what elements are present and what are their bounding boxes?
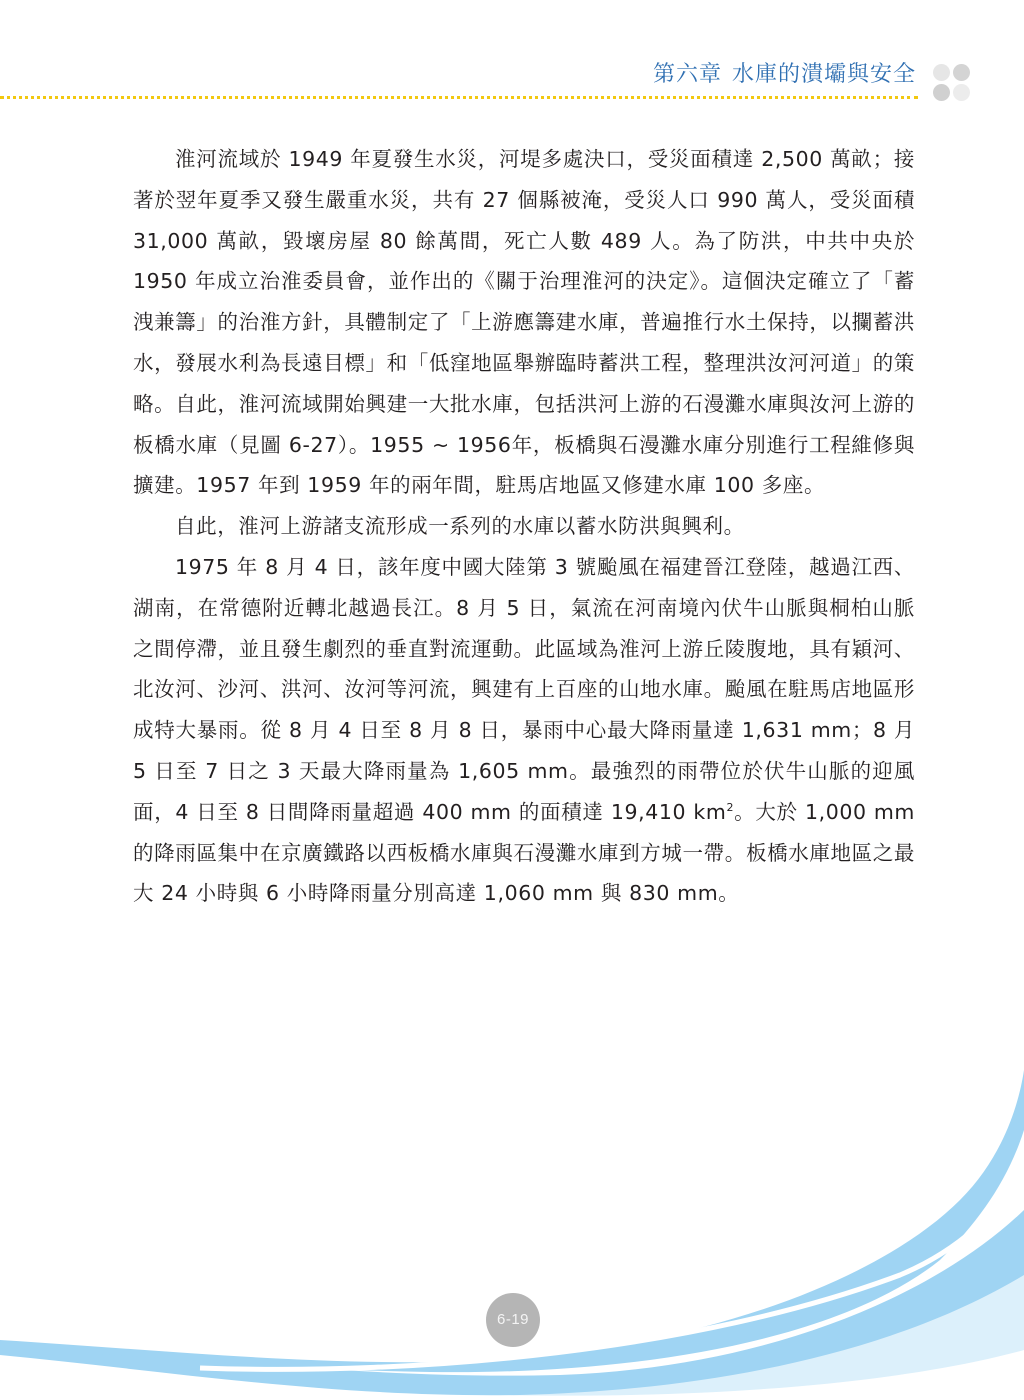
chapter-label: 第六章 <box>653 62 722 87</box>
superscript-2: 2 <box>726 801 734 814</box>
paragraph-3: 1975 年 8 月 4 日，該年度中國大陸第 3 號颱風在福建晉江登陸，越過江… <box>133 547 915 914</box>
chapter-title: 水庫的潰壩與安全 <box>732 62 916 87</box>
page-number-badge: 6-19 <box>486 1293 540 1347</box>
decorative-wave-graphic <box>0 1050 1024 1400</box>
four-dots-icon <box>933 64 973 104</box>
paragraph-2: 自此，淮河上游諸支流形成一系列的水庫以蓄水防洪與興利。 <box>133 506 915 547</box>
chapter-header-title: 第六章水庫的潰壩與安全 <box>653 60 916 90</box>
header-dotted-rule <box>0 96 918 99</box>
paragraph-3-part-1: 1975 年 8 月 4 日，該年度中國大陸第 3 號颱風在福建晉江登陸，越過江… <box>133 555 915 824</box>
body-text: 淮河流域於 1949 年夏發生水災，河堤多處決口，受災面積達 2,500 萬畝；… <box>133 139 915 914</box>
paragraph-1: 淮河流域於 1949 年夏發生水災，河堤多處決口，受災面積達 2,500 萬畝；… <box>133 139 915 506</box>
